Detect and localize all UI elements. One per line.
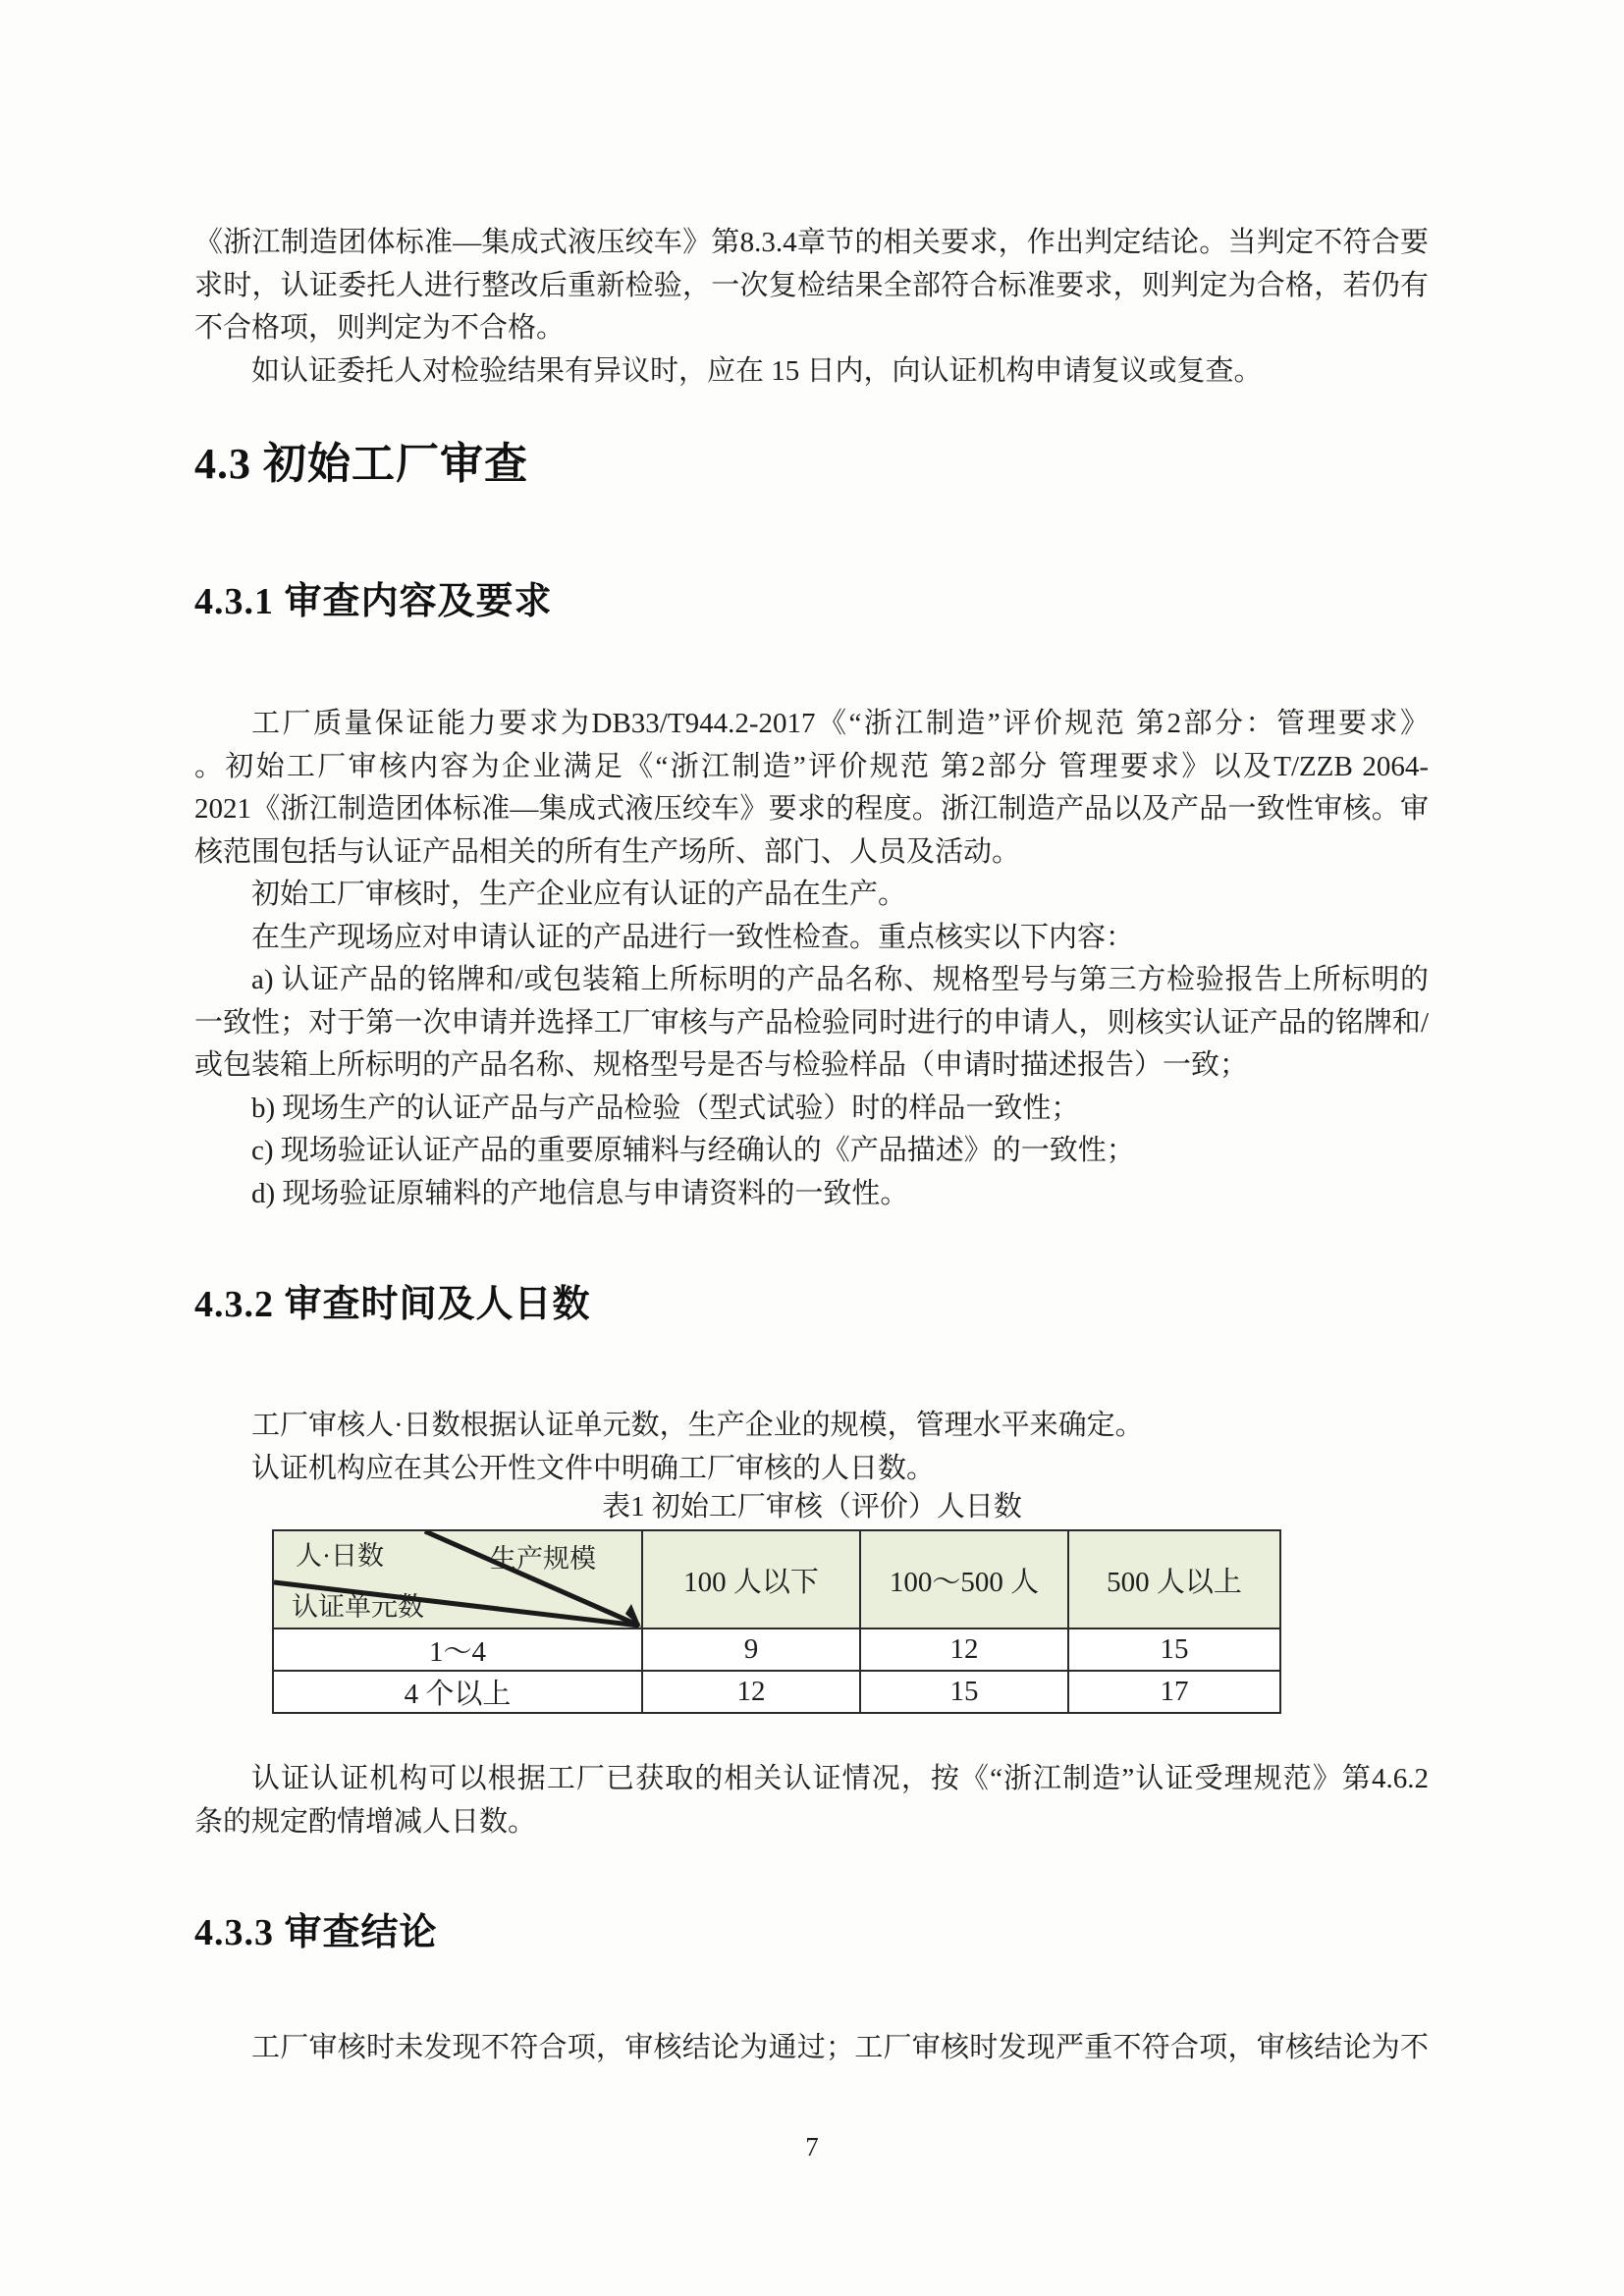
text-line: 工厂质量保证能力要求为DB33/T944.2-2017《“浙江制造”评价规范 第… [194, 703, 1429, 746]
col-header-under-100: 100 人以下 [642, 1530, 860, 1629]
text-line: 或包装箱上所标明的产品名称、规格型号是否与检验样品（申请时描述报告）一致； [194, 1044, 1429, 1088]
corner-label-scale: 生产规模 [490, 1544, 596, 1574]
text-line: 如认证委托人对检验结果有异议时，应在 15 日内，向认证机构申请复议或复查。 [194, 350, 1429, 394]
table-header-row: 人·日数 生产规模 认证单元数 100 人以下 100～500 人 500 人以… [273, 1530, 1280, 1629]
text-line: 初始工厂审核时，生产企业应有认证的产品在生产。 [194, 874, 1429, 917]
text-line-item-c: c) 现场验证认证产品的重要原辅料与经确认的《产品描述》的一致性； [194, 1130, 1429, 1173]
heading-4-3-3: 4.3.3 审查结论 [194, 1912, 438, 1953]
paragraph-4-3-2: 工厂审核人·日数根据认证单元数，生产企业的规模，管理水平来确定。 认证机构应在其… [194, 1405, 1429, 1490]
text-line: 《浙江制造团体标准—集成式液压绞车》第8.3.4章节的相关要求，作出判定结论。当… [194, 222, 1429, 265]
value-cell: 15 [860, 1671, 1068, 1713]
text-line: 不合格项，则判定为不合格。 [194, 307, 1429, 350]
heading-4-3: 4.3 初始工厂审查 [194, 441, 528, 488]
value-cell: 15 [1068, 1629, 1280, 1671]
text-line: 工厂审核人·日数根据认证单元数，生产企业的规模，管理水平来确定。 [194, 1405, 1429, 1448]
table-row: 1～4 9 12 15 [273, 1629, 1280, 1671]
text-line: 2021《浙江制造团体标准—集成式液压绞车》要求的程度。浙江制造产品以及产品一致… [194, 788, 1429, 831]
text-line: 求时，认证委托人进行整改后重新检验，一次复检结果全部符合标准要求，则判定为合格，… [194, 265, 1429, 308]
col-header-100-to-500: 100～500 人 [860, 1530, 1068, 1629]
diagonal-header-cell: 人·日数 生产规模 认证单元数 [273, 1530, 642, 1629]
text-line-item-b: b) 现场生产的认证产品与产品检验（型式试验）时的样品一致性； [194, 1088, 1429, 1131]
corner-label-cert-units: 认证单元数 [292, 1592, 424, 1622]
page-number: 7 [0, 2132, 1624, 2163]
document-page: 《浙江制造团体标准—集成式液压绞车》第8.3.4章节的相关要求，作出判定结论。当… [0, 0, 1624, 2296]
heading-4-3-1: 4.3.1 审查内容及要求 [194, 581, 553, 622]
text-line: 一致性；对于第一次申请并选择工厂审核与产品检验同时进行的申请人，则核实认证产品的… [194, 1002, 1429, 1045]
text-line: 条的规定酌情增减人日数。 [194, 1801, 1429, 1844]
col-header-over-500: 500 人以上 [1068, 1530, 1280, 1629]
text-line: 核范围包括与认证产品相关的所有生产场所、部门、人员及活动。 [194, 831, 1429, 875]
paragraph-after-table: 认证认证机构可以根据工厂已获取的相关认证情况，按《“浙江制造”认证受理规范》第4… [194, 1758, 1429, 1843]
paragraph-4-3-1: 工厂质量保证能力要求为DB33/T944.2-2017《“浙江制造”评价规范 第… [194, 703, 1429, 1215]
table-initial-factory-audit-person-days: 人·日数 生产规模 认证单元数 100 人以下 100～500 人 500 人以… [272, 1529, 1281, 1714]
text-line-item-a: a) 认证产品的铭牌和/或包装箱上所标明的产品名称、规格型号与第三方检验报告上所… [194, 959, 1429, 1002]
text-line-item-d: d) 现场验证原辅料的产地信息与申请资料的一致性。 [194, 1173, 1429, 1216]
value-cell: 17 [1068, 1671, 1280, 1713]
text-line: 认证认证机构可以根据工厂已获取的相关认证情况，按《“浙江制造”认证受理规范》第4… [194, 1758, 1429, 1801]
value-cell: 9 [642, 1629, 860, 1671]
paragraph-intro: 《浙江制造团体标准—集成式液压绞车》第8.3.4章节的相关要求，作出判定结论。当… [194, 222, 1429, 393]
text-line: 。初始工厂审核内容为企业满足《“浙江制造”评价规范 第2部分 管理要求》以及T/… [194, 746, 1429, 789]
row-label-1-4: 1～4 [273, 1629, 642, 1671]
heading-4-3-2: 4.3.2 审查时间及人日数 [194, 1284, 591, 1325]
text-line: 在生产现场应对申请认证的产品进行一致性检查。重点核实以下内容： [194, 917, 1429, 960]
value-cell: 12 [642, 1671, 860, 1713]
text-line: 工厂审核时未发现不符合项，审核结论为通过；工厂审核时发现严重不符合项，审核结论为… [194, 2027, 1429, 2070]
paragraph-4-3-3: 工厂审核时未发现不符合项，审核结论为通过；工厂审核时发现严重不符合项，审核结论为… [194, 2027, 1429, 2070]
table-row: 4 个以上 12 15 17 [273, 1671, 1280, 1713]
row-label-over-4: 4 个以上 [273, 1671, 642, 1713]
table-caption: 表1 初始工厂审核（评价）人日数 [0, 1490, 1624, 1523]
corner-label-person-days: 人·日数 [296, 1541, 384, 1571]
value-cell: 12 [860, 1629, 1068, 1671]
text-line: 认证机构应在其公开性文件中明确工厂审核的人日数。 [194, 1448, 1429, 1491]
